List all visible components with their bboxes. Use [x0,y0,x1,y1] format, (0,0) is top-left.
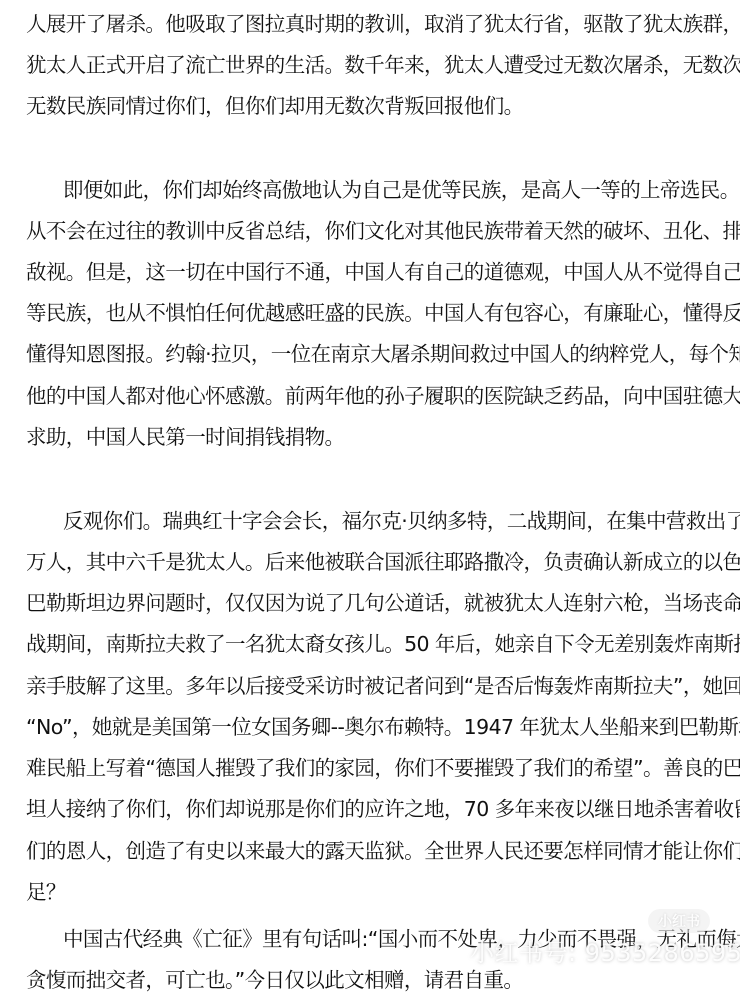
text-line: 他的中国人都对他心怀感激。前两年他的孙子履职的医院缺乏药品，向中国驻德大使馆 [26,382,716,410]
text-line: 坦人接纳了你们，你们却说那是你们的应许之地，70 多年来夜以继日地杀害着收留你 [26,795,716,823]
text-line: 反观你们。瑞典红十字会会长，福尔克·贝纳多特，二战期间，在集中营救出了 3.5 [63,507,716,535]
text-line: 战期间，南斯拉夫救了一名犹太裔女孩儿。50 年后，她亲自下令无差别轰炸南斯拉夫， [26,630,716,658]
text-line: 敌视。但是，这一切在中国行不通，中国人有自己的道德观，中国人从不觉得自己是优 [26,258,716,286]
text-line: 贪愎而拙交者，可亡也。”今日仅以此文相赠，请君自重。 [26,966,716,994]
text-line: “No”，她就是美国第一位女国务卿--奥尔布赖特。1947 年犹太人坐船来到巴勒… [26,713,716,741]
text-line: 即便如此，你们却始终高傲地认为自己是优等民族，是高人一等的上帝选民。你们 [63,176,716,204]
text-line: 万人，其中六千是犹太人。后来他被联合国派往耶路撒冷，负责确认新成立的以色列和 [26,548,716,576]
text-line: 从不会在过往的教训中反省总结，你们文化对其他民族带着天然的破坏、丑化、排斥和 [26,217,716,245]
text-line: 中国古代经典《亡征》里有句话叫:“国小而不处卑，力少而不畏强，无礼而侮大邻， [63,925,716,953]
text-line: 求助，中国人民第一时间捐钱捐物。 [26,423,716,451]
text-line: 等民族，也从不惧怕任何优越感旺盛的民族。中国人有包容心，有廉耻心，懂得反思， [26,299,716,327]
text-line: 人展开了屠杀。他吸取了图拉真时期的教训，取消了犹太行省，驱散了犹太族群，自此 [26,10,716,38]
text-line: 难民船上写着“德国人摧毁了我们的家园，你们不要摧毁了我们的希望”。善良的巴勒斯 [26,754,716,782]
text-line: 亲手肢解了这里。多年以后接受采访时被记者问到“是否后悔轰炸南斯拉夫”，她回答 [26,672,716,700]
text-line: 懂得知恩图报。约翰·拉贝，一位在南京大屠杀期间救过中国人的纳粹党人，每个知道 [26,340,716,368]
text-line: 巴勒斯坦边界问题时，仅仅因为说了几句公道话，就被犹太人连射六枪，当场丧命。二 [26,589,716,617]
text-line: 足？ [26,878,716,906]
text-line: 犹太人正式开启了流亡世界的生活。数千年来，犹太人遭受过无数次屠杀，无数次驱逐， [26,51,716,79]
text-line: 无数民族同情过你们，但你们却用无数次背叛回报他们。 [26,92,716,120]
text-line: 们的恩人，创造了有史以来最大的露天监狱。全世界人民还要怎样同情才能让你们满 [26,837,716,865]
